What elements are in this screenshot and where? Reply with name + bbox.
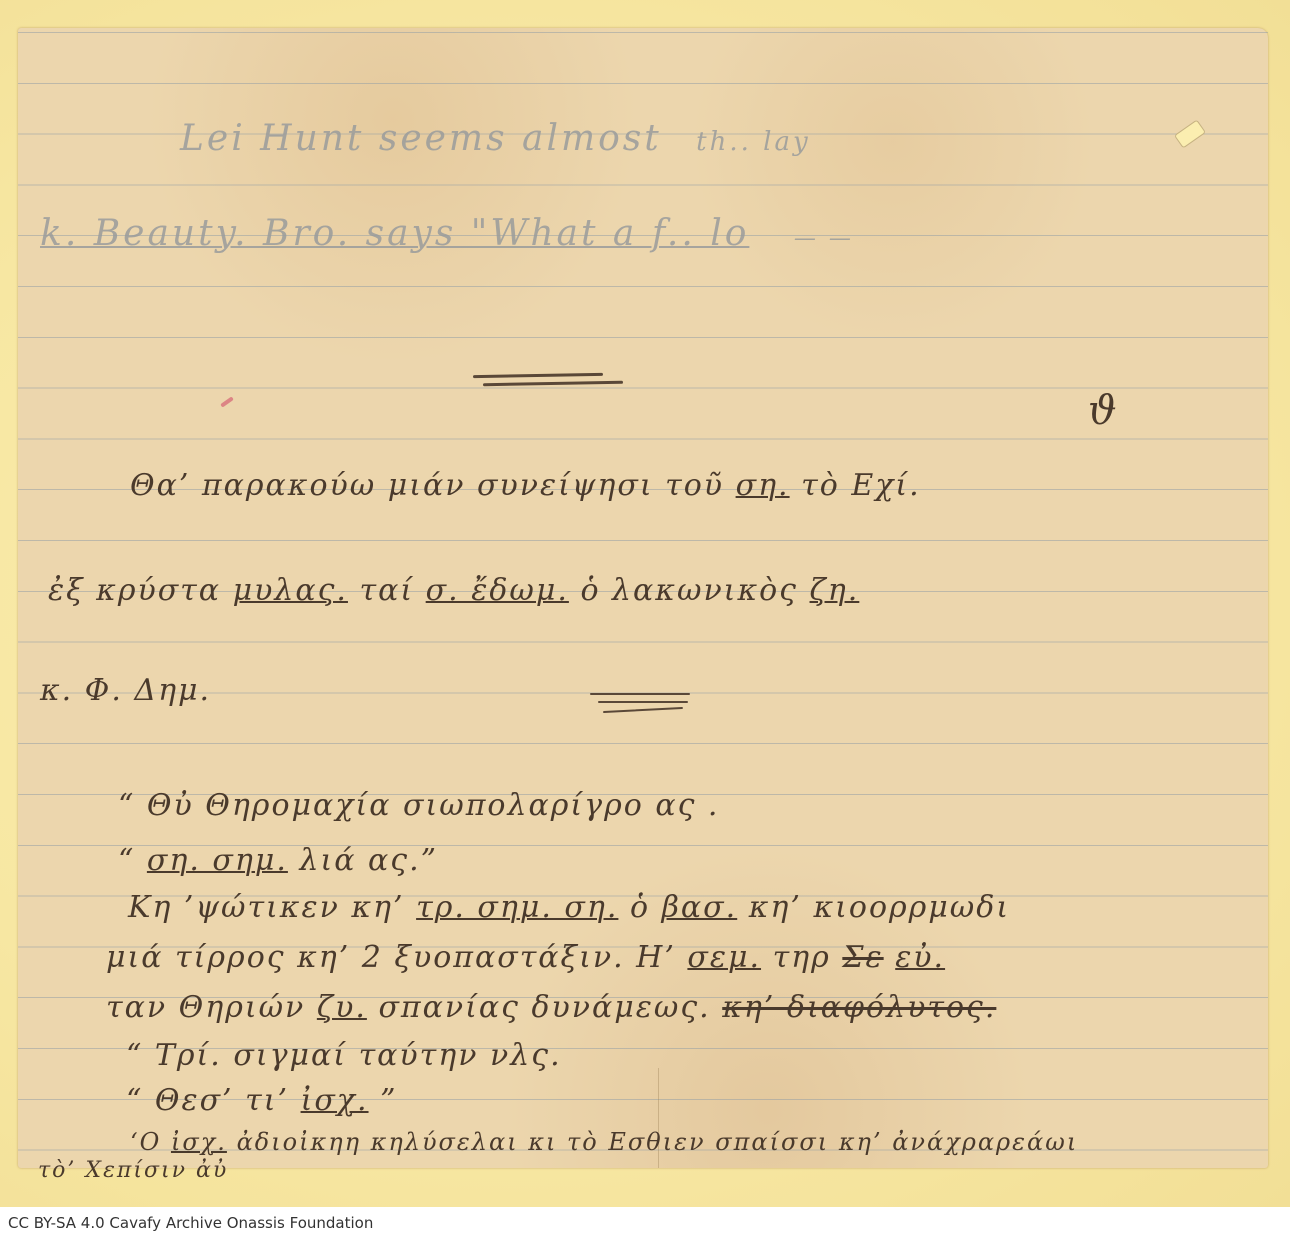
line-text: “ Θὐ Θηρομαχία σιωπολαρίγρο ας . xyxy=(118,788,719,823)
pencil-heading-line-2: k. Beauty. Bro. says "What a f.. lo — — xyxy=(40,213,854,254)
paper-hole xyxy=(1174,119,1206,148)
line-text: “ Τρί. σιγμαί ταύτην νλς. xyxy=(126,1038,562,1073)
manuscript-line-6: Κη ’ψώτικεν κη’ τρ. σημ. ση. ὁ βασ. κη’ … xyxy=(128,890,1010,925)
divider-triple xyxy=(603,707,683,713)
line-underlined: σεμ. xyxy=(687,940,761,975)
line-underlined: σ. ἔδωμ. xyxy=(426,573,569,608)
line-underlined: ζη. xyxy=(810,573,860,608)
line-underlined: ζυ. xyxy=(317,990,367,1025)
line-text: ταν Θηριών xyxy=(106,990,305,1025)
line-underlined: εὐ. xyxy=(895,940,945,975)
line-text: Κη ’ψώτικεν κη’ xyxy=(128,890,405,925)
line-underlined: ἰσχ. xyxy=(171,1128,227,1156)
line-underlined: ἰσχ. xyxy=(301,1083,369,1118)
scan-backdrop: Lei Hunt seems almost th.. lay k. Beauty… xyxy=(0,0,1290,1207)
pencil-heading-line-1: Lei Hunt seems almost th.. lay xyxy=(180,118,811,159)
manuscript-line-5: “ ση. σημ. λιά ας.” xyxy=(118,843,438,878)
line-underlined: ση. σημ. xyxy=(147,843,288,878)
divider-triple xyxy=(590,693,690,695)
divider-flourish xyxy=(473,373,603,378)
line-text: κη’ κιοορρμωδι xyxy=(749,890,1010,925)
line-text: κ. Φ. Δημ. xyxy=(40,673,211,708)
manuscript-page: Lei Hunt seems almost th.. lay k. Beauty… xyxy=(18,28,1268,1168)
pencil-text-end: — — xyxy=(794,226,854,251)
manuscript-line-4: “ Θὐ Θηρομαχία σιωπολαρίγρο ας . xyxy=(118,788,719,823)
line-text: ‘Ο xyxy=(130,1128,161,1156)
theta-mark: ϑ xyxy=(1088,388,1119,434)
line-text: μιά τίρρος κη’ 2 ξυοπαστάξιν. Η’ xyxy=(106,940,676,975)
divider-flourish xyxy=(483,381,623,386)
pencil-text: Lei Hunt seems almost xyxy=(180,118,662,159)
manuscript-line-7: μιά τίρρος κη’ 2 ξυοπαστάξιν. Η’ σεμ. τη… xyxy=(106,940,945,975)
manuscript-line-8: ταν Θηριών ζυ. σπανίας δυνάμεως. κη’ δια… xyxy=(106,990,996,1025)
license-credit: CC BY-SA 4.0 Cavafy Archive Onassis Foun… xyxy=(8,1214,373,1232)
manuscript-line-3: κ. Φ. Δημ. xyxy=(40,673,211,708)
line-text: ἐξ κρύστα xyxy=(48,573,221,608)
pencil-text-end: th.. lay xyxy=(696,127,811,157)
line-underlined: βασ. xyxy=(662,890,738,925)
line-text: ὁ xyxy=(630,890,650,925)
manuscript-line-1: Θα’ παρακούω μιάν συνείψησι τοῦ ση. τὸ Ε… xyxy=(130,468,921,503)
line-struck: Σε xyxy=(842,940,883,975)
line-text: Θα’ παρακούω μιάν συνείψησι τοῦ xyxy=(130,468,724,503)
line-text: τηρ xyxy=(773,940,831,975)
line-text: τὸ Εχί. xyxy=(801,468,921,503)
line-struck: κη’ διαφόλυτος. xyxy=(722,990,996,1025)
line-text: λιά ας.” xyxy=(299,843,438,878)
line-underlined: μυλας. xyxy=(233,573,348,608)
line-underlined: τρ. σημ. ση. xyxy=(416,890,618,925)
manuscript-line-2: ἐξ κρύστα μυλας. ταί σ. ἔδωμ. ὁ λακωνικὸ… xyxy=(48,573,859,608)
line-text: ὁ λακωνικὸς xyxy=(580,573,798,608)
pencil-text: k. Beauty. Bro. says "What a f.. lo xyxy=(40,213,749,254)
line-text: “ xyxy=(118,843,135,878)
manuscript-line-11: ‘Ο ἰσχ. ἀδιοἰκηη κηλύσελαι κι τὸ Εσθιεν … xyxy=(130,1128,1078,1156)
manuscript-line-9: “ Τρί. σιγμαί ταύτην νλς. xyxy=(126,1038,562,1073)
line-text: ταί xyxy=(360,573,415,608)
red-ink-mark xyxy=(220,396,234,407)
line-text: “ Θεσ’ τι’ xyxy=(126,1083,289,1118)
line-text: ” xyxy=(380,1083,397,1118)
line-text: τὸ’ Χεπίσιν ἀὐ xyxy=(38,1158,228,1183)
line-underlined: ση. xyxy=(736,468,790,503)
manuscript-line-12: τὸ’ Χεπίσιν ἀὐ xyxy=(38,1158,228,1183)
line-text: ἀδιοἰκηη κηλύσελαι κι τὸ Εσθιεν σπαίσσι … xyxy=(237,1128,1079,1156)
divider-triple xyxy=(598,701,688,703)
line-text: σπανίας δυνάμεως. xyxy=(378,990,710,1025)
manuscript-line-10: “ Θεσ’ τι’ ἰσχ. ” xyxy=(126,1083,397,1118)
